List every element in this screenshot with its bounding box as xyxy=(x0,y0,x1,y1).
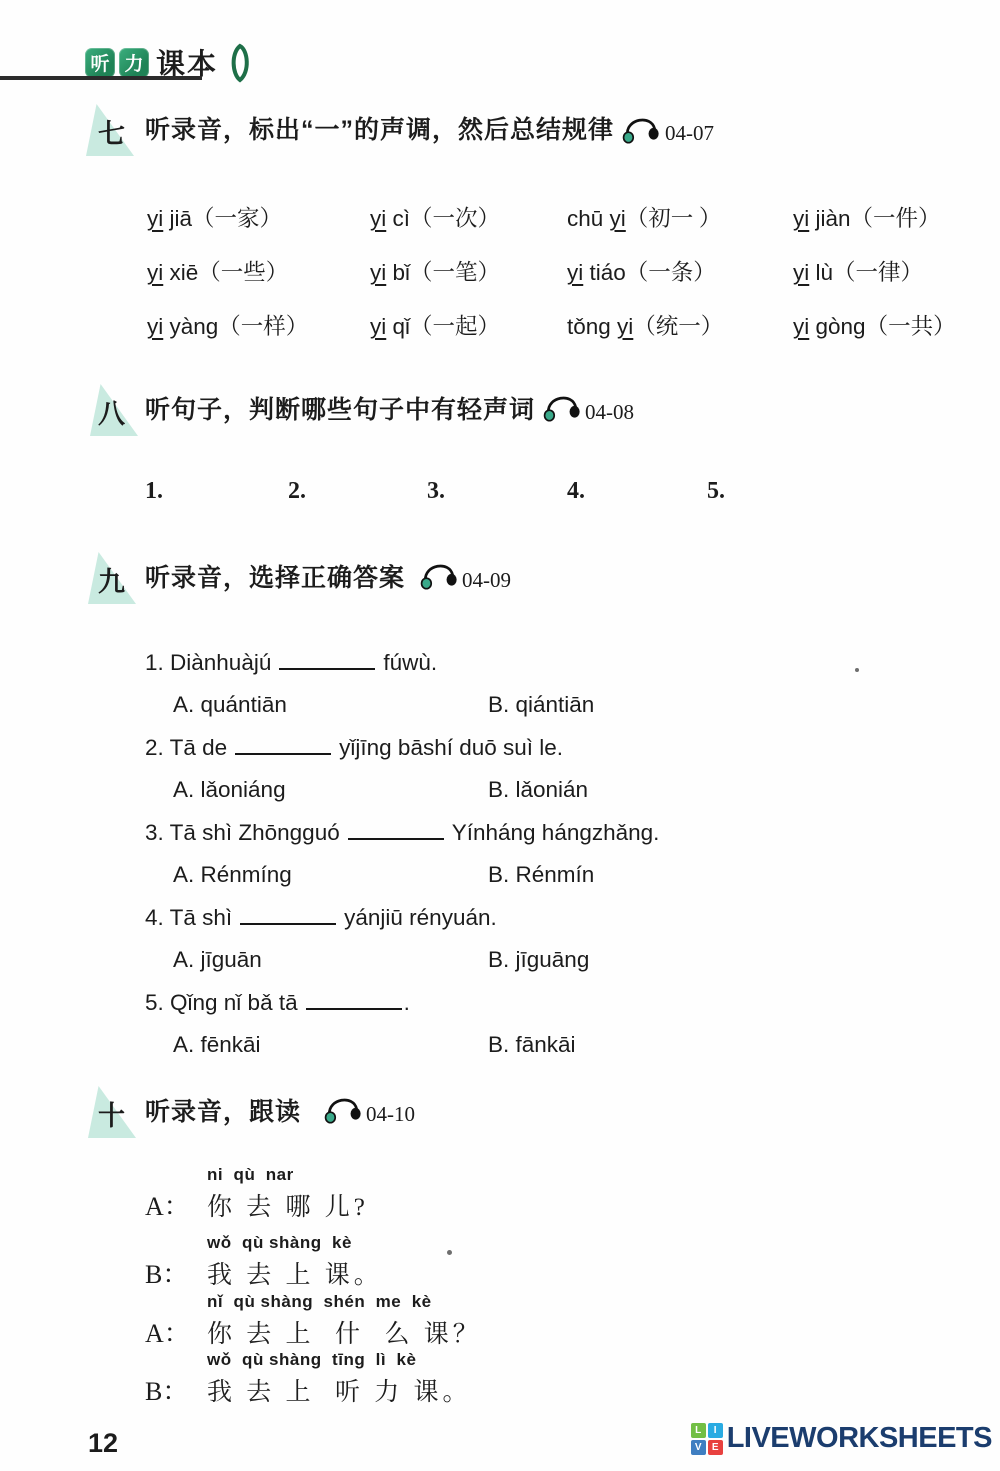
tone-word-grid: yi jiā（一家） yi cì（一次） chū yi（初一 ） yi jiàn… xyxy=(147,201,992,363)
tone-word-item[interactable]: yi jiā（一家） xyxy=(147,201,370,255)
question-stem: 2. Tā deyǐjīng bāshí duō suì le. xyxy=(145,735,865,761)
leaf-zero-icon xyxy=(228,43,252,83)
speaker-label: A： xyxy=(145,1186,207,1223)
audio-track-code: 04-10 xyxy=(366,1102,415,1127)
pinyin-post: qǐ xyxy=(386,314,410,339)
question-stem: 1. Diànhuàjúfúwù. xyxy=(145,650,865,676)
hanzi-paren: （一律） xyxy=(833,260,923,285)
tile-v: V xyxy=(691,1440,706,1455)
headphone-icon[interactable] xyxy=(322,1090,364,1126)
pinyin-post: bǐ xyxy=(386,260,410,285)
speaker-label: B： xyxy=(145,1254,207,1291)
scan-speck xyxy=(855,668,859,672)
pinyin-yi: yi xyxy=(610,206,626,231)
sentence-blank-2[interactable]: 2. xyxy=(288,478,306,505)
tile-l: L xyxy=(691,1423,706,1438)
headphone-icon[interactable] xyxy=(620,110,662,146)
tone-word-item[interactable]: yi cì（一次） xyxy=(370,201,567,255)
sentence-blank-3[interactable]: 3. xyxy=(427,478,445,505)
sentence-blank-1[interactable]: 1. xyxy=(145,478,163,505)
liveworksheets-logo[interactable]: L I V E LIVEWORKSHEETS xyxy=(691,1422,992,1455)
pinyin-yi: yi xyxy=(793,260,809,285)
tone-word-item[interactable]: yi lù（一律） xyxy=(793,255,983,309)
dialogue-line-4: wǒ qù shàng tīng lì kè B： 我 去 上 听 力 课。 xyxy=(145,1350,745,1408)
pinyin-line: nǐ qù shàng shén me kè xyxy=(145,1292,745,1312)
hanzi-line: 我 去 上 课。 xyxy=(207,1255,383,1291)
hanzi-paren: （初一 ） xyxy=(626,206,722,231)
worksheet-page: 听 力 课本 七 听录音，标出“一”的声调，然后总结规律 04-07 yi ji… xyxy=(0,0,1000,1471)
hanzi-paren: （一些） xyxy=(198,260,288,285)
option-b[interactable]: B. jīguāng xyxy=(488,947,589,973)
header-rule xyxy=(0,76,202,80)
pinyin-post: tiáo xyxy=(583,260,626,285)
section-nine-title: 听录音，选择正确答案 xyxy=(145,558,405,594)
section-ten-title: 听录音，跟读 xyxy=(145,1092,301,1128)
section-seven-number: 七 xyxy=(98,112,125,151)
answer-blank[interactable] xyxy=(348,835,444,840)
pinyin-yi: yi xyxy=(370,314,386,339)
answer-blank[interactable] xyxy=(240,920,336,925)
stem-post: . xyxy=(404,990,410,1015)
pinyin-post: yàng xyxy=(163,314,218,339)
tone-word-item[interactable]: yi xiē（一些） xyxy=(147,255,370,309)
section-nine-number: 九 xyxy=(98,560,125,599)
hanzi-paren: （一样） xyxy=(218,314,308,339)
question-2: 2. Tā deyǐjīng bāshí duō suì le. A. lǎon… xyxy=(145,735,865,807)
pinyin-yi: yi xyxy=(793,314,809,339)
hanzi-paren: （一家） xyxy=(192,206,282,231)
audio-track-code: 04-09 xyxy=(462,568,511,593)
option-b[interactable]: B. fānkāi xyxy=(488,1032,576,1058)
tone-word-item[interactable]: yi bǐ（一笔） xyxy=(370,255,567,309)
tone-word-item[interactable]: yi tiáo（一条） xyxy=(567,255,793,309)
options-row: A. jīguān B. jīguāng xyxy=(145,947,865,977)
answer-blank[interactable] xyxy=(306,1005,402,1010)
hanzi-line: 我 去 上 听 力 课。 xyxy=(207,1372,472,1408)
question-1: 1. Diànhuàjúfúwù. A. quántiān B. qiántiā… xyxy=(145,650,865,722)
headphone-icon[interactable] xyxy=(541,388,583,424)
tone-word-item[interactable]: chū yi（初一 ） xyxy=(567,201,793,255)
pinyin-line: wǒ qù shàng tīng lì kè xyxy=(145,1350,745,1370)
option-b[interactable]: B. qiántiān xyxy=(488,692,594,718)
question-5: 5. Qǐng nǐ bǎ tā. A. fēnkāi B. fānkāi xyxy=(145,990,865,1062)
pinyin-yi: yi xyxy=(617,314,633,339)
question-3: 3. Tā shì ZhōngguóYínháng hángzhǎng. A. … xyxy=(145,820,865,892)
tone-word-item[interactable]: tǒng yi（统一） xyxy=(567,309,793,363)
logo-badge-li: 力 xyxy=(119,48,149,78)
section-ten-number: 十 xyxy=(98,1094,125,1133)
dialogue-line-3: nǐ qù shàng shén me kè A： 你 去 上 什 么 课？ xyxy=(145,1292,745,1350)
stem-pre: 2. Tā de xyxy=(145,735,227,760)
stem-pre: 5. Qǐng nǐ bǎ tā xyxy=(145,990,298,1015)
pinyin-pre: tǒng xyxy=(567,314,617,339)
liveworksheets-wordmark: LIVEWORKSHEETS xyxy=(727,1422,992,1455)
tone-word-item[interactable]: yi qǐ（一起） xyxy=(370,309,567,363)
tone-word-item[interactable]: yi jiàn（一件） xyxy=(793,201,983,255)
stem-pre: 4. Tā shì xyxy=(145,905,232,930)
tile-e: E xyxy=(708,1440,723,1455)
section-eight-title: 听句子，判断哪些句子中有轻声词 xyxy=(145,390,535,426)
hanzi-paren: （一件） xyxy=(851,206,941,231)
sentence-blank-5[interactable]: 5. xyxy=(707,478,725,505)
tile-i: I xyxy=(708,1423,723,1438)
scan-speck xyxy=(447,1250,452,1255)
dialogue-line-1: ni qù nar A： 你 去 哪 儿? xyxy=(145,1165,745,1223)
pinyin-yi: yi xyxy=(147,314,163,339)
question-stem: 5. Qǐng nǐ bǎ tā. xyxy=(145,990,865,1016)
options-row: A. lǎoniáng B. lǎonián xyxy=(145,777,865,807)
liveworksheets-tiles-icon: L I V E xyxy=(691,1423,723,1455)
pinyin-yi: yi xyxy=(370,206,386,231)
stem-post: fúwù. xyxy=(383,650,437,675)
hanzi-paren: （一起） xyxy=(410,314,500,339)
pinyin-post: jiā xyxy=(163,206,192,231)
pinyin-post: gòng xyxy=(809,314,865,339)
speaker-label: B： xyxy=(145,1371,207,1408)
stem-post: yǐjīng bāshí duō suì le. xyxy=(339,735,563,760)
stem-post: yánjiū rényuán. xyxy=(344,905,497,930)
option-a[interactable]: A. Rénmíng xyxy=(173,862,292,888)
pinyin-post: jiàn xyxy=(809,206,850,231)
option-a[interactable]: A. jīguān xyxy=(173,947,262,973)
stem-post: Yínháng hángzhǎng. xyxy=(452,820,660,845)
tone-word-item[interactable]: yi gòng（一共） xyxy=(793,309,983,363)
tone-word-item[interactable]: yi yàng（一样） xyxy=(147,309,370,363)
pinyin-post: cì xyxy=(386,206,410,231)
options-row: A. fēnkāi B. fānkāi xyxy=(145,1032,865,1062)
headphone-icon[interactable] xyxy=(418,556,460,592)
pinyin-yi: yi xyxy=(793,206,809,231)
hanzi-paren: （一笔） xyxy=(410,260,500,285)
pinyin-post: xiē xyxy=(163,260,198,285)
pinyin-yi: yi xyxy=(147,260,163,285)
stem-pre: 1. Diànhuàjú xyxy=(145,650,271,675)
audio-track-code: 04-08 xyxy=(585,400,634,425)
options-row: A. quántiān B. qiántiān xyxy=(145,692,865,722)
stem-pre: 3. Tā shì Zhōngguó xyxy=(145,820,340,845)
hanzi-paren: （一共） xyxy=(866,314,956,339)
pinyin-post: lù xyxy=(809,260,833,285)
hanzi-paren: （一条） xyxy=(626,260,716,285)
option-a[interactable]: A. lǎoniáng xyxy=(173,777,286,803)
dialogue-line-2: wǒ qù shàng kè B： 我 去 上 课。 xyxy=(145,1233,745,1291)
question-4: 4. Tā shìyánjiū rényuán. A. jīguān B. jī… xyxy=(145,905,865,977)
option-b[interactable]: B. Rénmín xyxy=(488,862,594,888)
logo-badge-ting: 听 xyxy=(85,48,115,78)
pinyin-pre: chū xyxy=(567,206,610,231)
section-eight-number: 八 xyxy=(98,392,125,431)
pinyin-line: wǒ qù shàng kè xyxy=(145,1233,745,1253)
page-number: 12 xyxy=(88,1428,118,1459)
hanzi-line: 你 去 哪 儿? xyxy=(207,1187,369,1223)
speaker-label: A： xyxy=(145,1313,207,1350)
answer-blank[interactable] xyxy=(279,665,375,670)
pinyin-yi: yi xyxy=(567,260,583,285)
pinyin-yi: yi xyxy=(370,260,386,285)
audio-track-code: 04-07 xyxy=(665,121,714,146)
question-stem: 3. Tā shì ZhōngguóYínháng hángzhǎng. xyxy=(145,820,865,846)
sentence-blank-4[interactable]: 4. xyxy=(567,478,585,505)
options-row: A. Rénmíng B. Rénmín xyxy=(145,862,865,892)
pinyin-line: ni qù nar xyxy=(145,1165,745,1185)
hanzi-line: 你 去 上 什 么 课？ xyxy=(207,1314,482,1350)
question-stem: 4. Tā shìyánjiū rényuán. xyxy=(145,905,865,931)
hanzi-paren: （一次） xyxy=(410,206,500,231)
option-a[interactable]: A. quántiān xyxy=(173,692,287,718)
hanzi-paren: （统一） xyxy=(633,314,723,339)
pinyin-yi: yi xyxy=(147,206,163,231)
option-b[interactable]: B. lǎonián xyxy=(488,777,588,803)
answer-blank[interactable] xyxy=(235,750,331,755)
section-seven-title: 听录音，标出“一”的声调，然后总结规律 xyxy=(145,110,614,146)
option-a[interactable]: A. fēnkāi xyxy=(173,1032,261,1058)
